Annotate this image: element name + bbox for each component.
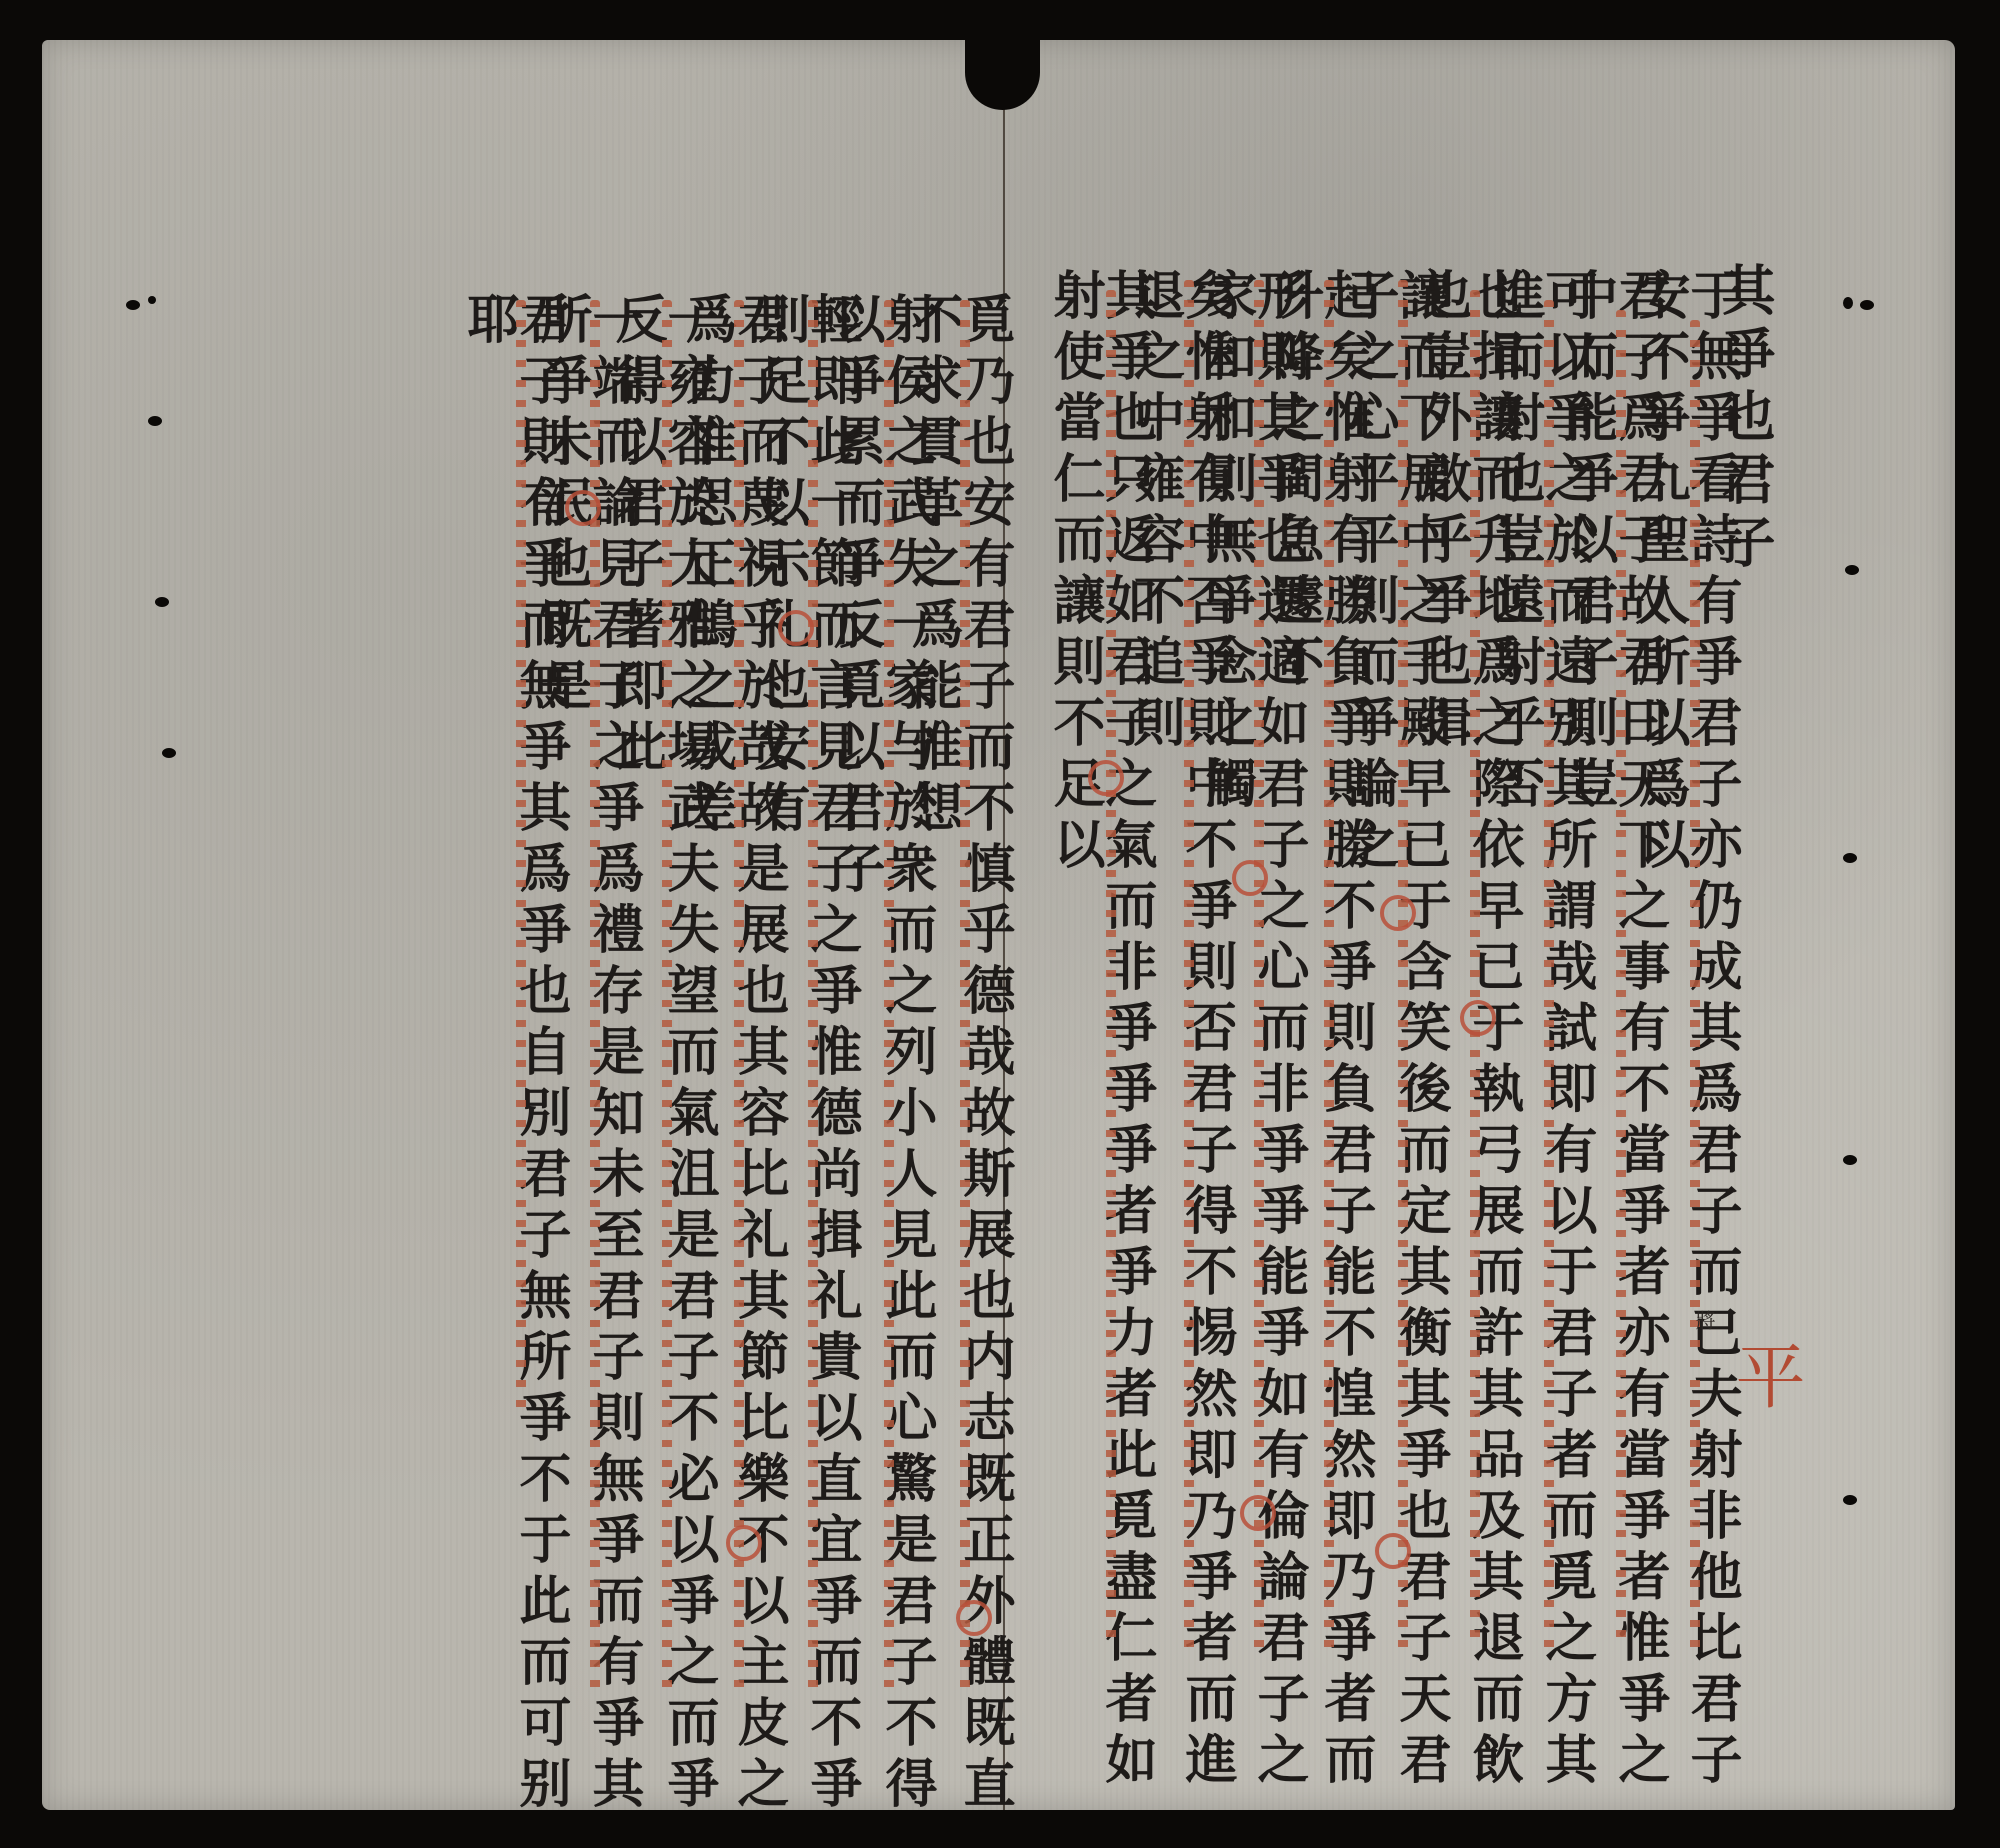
red-circle-mark — [1375, 1533, 1411, 1569]
red-dot-annotation — [734, 300, 744, 1700]
red-circle-mark — [956, 1600, 992, 1636]
red-dot-annotation — [960, 300, 970, 1700]
red-circle-mark — [1460, 1000, 1496, 1036]
red-circle-mark — [1380, 895, 1416, 931]
binding-hole — [1860, 300, 1874, 310]
red-circle-mark — [1240, 1495, 1276, 1531]
red-dot-annotation — [1106, 290, 1116, 1650]
red-circle-mark — [565, 490, 601, 526]
left-page-column: 君子則有爭而無爭其爲爭也自別君子無所爭不于此而可别耶 — [462, 292, 566, 1848]
red-margin-character: 平 — [1715, 1340, 1816, 1410]
red-dot-annotation — [808, 300, 818, 1700]
red-dot-annotation — [662, 300, 672, 1700]
red-circle-mark — [1088, 760, 1124, 796]
red-dot-annotation — [884, 300, 894, 1700]
red-dot-annotation — [1616, 310, 1626, 1650]
small-margin-note: 將 — [1690, 1310, 1719, 1330]
red-circle-mark — [726, 1525, 762, 1561]
red-dot-annotation — [1254, 280, 1264, 1650]
red-circle-mark — [778, 610, 814, 646]
binding-hole — [162, 748, 176, 758]
binding-hole — [1845, 565, 1859, 575]
binding-hole — [1843, 1155, 1857, 1165]
binding-hole — [1843, 1495, 1857, 1505]
red-dot-annotation — [1690, 320, 1700, 1650]
binding-hole — [148, 416, 162, 426]
red-circle-mark — [1232, 860, 1268, 896]
binding-hole — [1843, 297, 1853, 309]
red-dot-annotation — [516, 300, 526, 1420]
red-dot-annotation — [1324, 280, 1334, 1650]
red-dot-annotation — [1184, 280, 1194, 1650]
red-dot-annotation — [1544, 300, 1554, 1650]
red-dot-annotation — [1470, 290, 1480, 1650]
red-dot-annotation — [1398, 280, 1408, 1650]
top-center-tear — [965, 30, 1040, 110]
binding-hole — [126, 300, 140, 310]
binding-hole — [1843, 853, 1857, 863]
binding-hole — [148, 296, 156, 304]
binding-hole — [155, 597, 169, 607]
right-page-column: 其爭也只返如君子之氣而非爭爭爭者爭力者此覓盡仁者如射使當仁而讓則不足以 — [1048, 268, 1152, 1848]
